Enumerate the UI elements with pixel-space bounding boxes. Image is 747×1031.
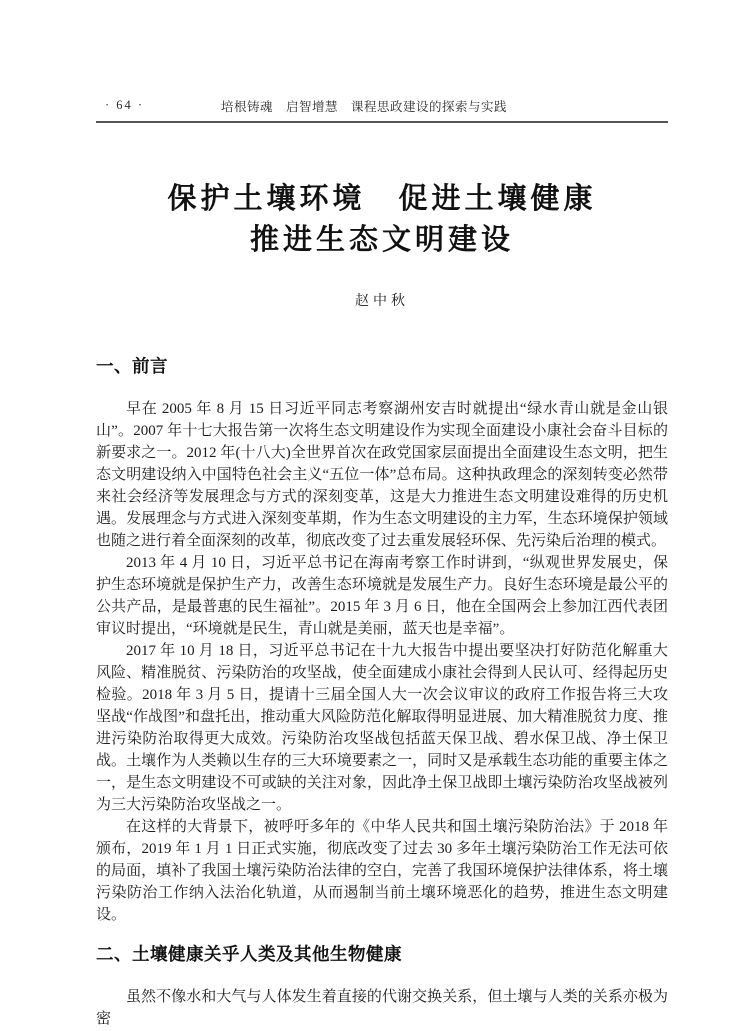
- article-title: 保护土壤环境 促进土壤健康 推进生态文明建设: [96, 179, 668, 261]
- running-header: · 64 · 培根铸魂 启智增慧 课程思政建设的探索与实践: [96, 97, 668, 119]
- section-foreword: 一、前言 早在 2005 年 8 月 15 日习近平同志考察湖州安吉时就提出“绿…: [96, 354, 668, 926]
- header-rule: [96, 121, 668, 123]
- author-name: 赵中秋: [96, 290, 668, 310]
- running-title: 培根铸魂 启智增慧 课程思政建设的探索与实践: [78, 97, 650, 115]
- article-title-line1: 保护土壤环境 促进土壤健康: [96, 179, 668, 220]
- paragraph: 早在 2005 年 8 月 15 日习近平同志考察湖州安吉时就提出“绿水青山就是…: [96, 398, 668, 552]
- section-2-heading: 二、土壤健康关乎人类及其他生物健康: [96, 942, 668, 966]
- article-title-line2: 推进生态文明建设: [96, 220, 668, 261]
- paragraph: 2013 年 4 月 10 日，习近平总书记在海南考察工作时讲到，“纵观世界发展…: [96, 552, 668, 640]
- paragraph: 在这样的大背景下，被呼吁多年的《中华人民共和国土壤污染防治法》于 2018 年颁…: [96, 816, 668, 926]
- paragraph: 2017 年 10 月 18 日，习近平总书记在十九大报告中提出要坚决打好防范化…: [96, 640, 668, 816]
- book-page: · 64 · 培根铸魂 启智增慧 课程思政建设的探索与实践 保护土壤环境 促进土…: [0, 0, 747, 1031]
- paragraph: 虽然不像水和大气与人体发生着直接的代谢交换关系，但土壤与人类的关系亦极为密: [96, 986, 668, 1030]
- section-soil-health: 二、土壤健康关乎人类及其他生物健康 虽然不像水和大气与人体发生着直接的代谢交换关…: [96, 942, 668, 1030]
- section-1-heading: 一、前言: [96, 354, 668, 378]
